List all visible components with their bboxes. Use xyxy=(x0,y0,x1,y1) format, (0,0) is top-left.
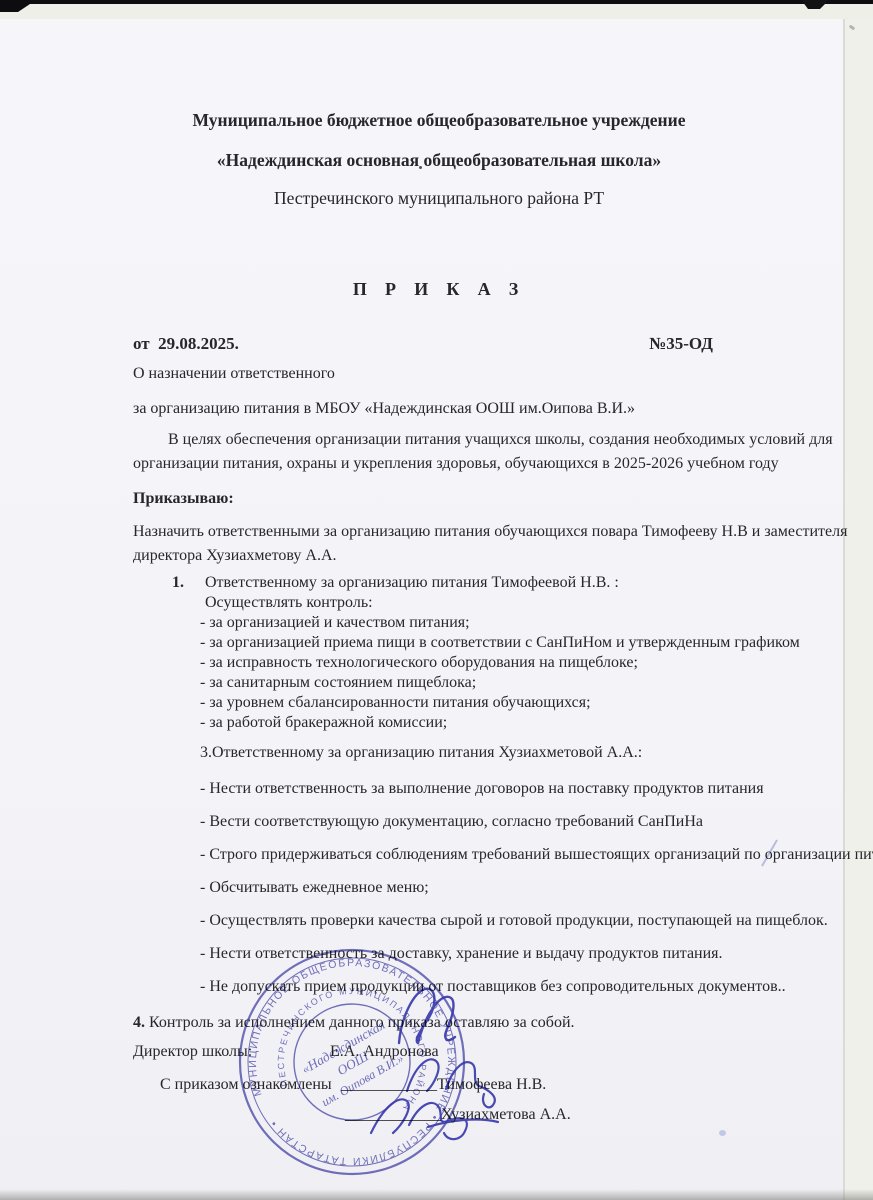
order-item-1-point: - за уровнем сбалансированности питания … xyxy=(133,693,745,713)
director-name: Е.А. Андронова xyxy=(330,1041,439,1063)
acknowledgement-row-1: С приказом ознакомлены____________Тимофе… xyxy=(133,1074,745,1096)
order-item-4: 4. Контроль за исполнением данного прика… xyxy=(133,1012,745,1034)
signature-rule: ____________ xyxy=(345,1106,441,1123)
acknowledgement-name-1: Тимофеева Н.В. xyxy=(437,1076,546,1093)
order-item-3-point: - Обсчитывать ежедневное меню; xyxy=(133,877,745,899)
acknowledgement-name-2: Хузиахметова А.А. xyxy=(441,1106,571,1123)
order-item-1-point: - за санитарным состоянием пищеблока; xyxy=(133,673,745,693)
acknowledgement-row-2: ____________Хузиахметова А.А. xyxy=(133,1104,745,1126)
order-item-1-point: - за работой бракеражной комиссии; xyxy=(133,713,745,733)
letterhead-line2: «Надеждинская основная общеобразовательн… xyxy=(133,148,745,172)
order-item-3-point: - Нести ответственность за доставку, хра… xyxy=(133,943,745,965)
order-item-3-title: 3.Ответственному за организацию питания … xyxy=(133,742,745,764)
scanner-background-band xyxy=(0,4,873,19)
subject-line1: О назначении ответственного xyxy=(133,362,745,386)
order-item-3-point: - Вести соответствующую документацию, со… xyxy=(133,811,745,833)
document-title: П Р И К А З xyxy=(133,277,745,301)
subject-line2: за организацию питания в МБОУ «Надеждинс… xyxy=(133,397,745,421)
director-label: Директор школы: xyxy=(133,1041,330,1063)
ink-speck xyxy=(719,1130,726,1136)
order-date: от 29.08.2025. xyxy=(133,332,239,356)
order-item-1-subtitle: Осуществлять контроль: xyxy=(133,593,745,613)
order-item-3-point: - Осуществлять проверки качества сырой и… xyxy=(133,910,745,932)
order-item-1-point: - за организацией приема пищи в соответс… xyxy=(133,633,745,653)
order-number: №35-ОД xyxy=(649,332,713,356)
order-item-4-number: 4. xyxy=(133,1014,145,1031)
document-content: Муниципальное бюджетное общеобразователь… xyxy=(133,19,745,1126)
order-item-1-point: - за исправность технологического оборуд… xyxy=(133,653,745,673)
order-item-1-number: 1. xyxy=(133,573,205,593)
order-item-1-point: - за организацией и качеством питания; xyxy=(133,613,745,633)
scan-top-edge xyxy=(0,0,873,4)
assignment-paragraph: Назначить ответственными за организацию … xyxy=(133,520,745,568)
order-word: Приказываю: xyxy=(133,487,745,511)
signature-rule: ____________ xyxy=(341,1076,437,1093)
acknowledgement-label: С приказом ознакомлены xyxy=(160,1074,341,1096)
assignment-line1: Назначить ответственными за организацию … xyxy=(133,520,745,544)
scanner-right-margin xyxy=(845,19,873,1200)
order-item-1-title: Ответственному за организацию питания Ти… xyxy=(205,574,619,591)
preamble-line1: В целях обеспечения организации питания … xyxy=(133,428,745,452)
order-item-3-point: - Нести ответственность за выполнение до… xyxy=(133,778,745,800)
order-item-3-point: - Не допускать прием продукции от постав… xyxy=(133,976,745,998)
preamble-line2: организации питания, охраны и укрепления… xyxy=(133,452,745,476)
letterhead-line3: Пестречинского муниципального района РТ xyxy=(133,186,745,210)
scan-bottom-shadow xyxy=(0,1189,873,1200)
order-item-3-point: - Строго придерживаться соблюдениям треб… xyxy=(133,844,745,866)
director-signature-row: Директор школы: Е.А. Андронова xyxy=(133,1041,745,1063)
order-item-1: 1.Ответственному за организацию питания … xyxy=(133,573,745,733)
order-item-1-title-row: 1.Ответственному за организацию питания … xyxy=(133,573,745,593)
order-item-4-text: Контроль за исполнением данного приказа … xyxy=(145,1014,575,1031)
assignment-line2: директора Хузиахметову А.А. xyxy=(133,544,745,568)
preamble: В целях обеспечения организации питания … xyxy=(133,428,745,476)
scan-speck xyxy=(419,166,422,169)
letterhead-line1: Муниципальное бюджетное общеобразователь… xyxy=(133,108,745,132)
order-meta-row: от 29.08.2025. №35-ОД xyxy=(133,332,745,356)
